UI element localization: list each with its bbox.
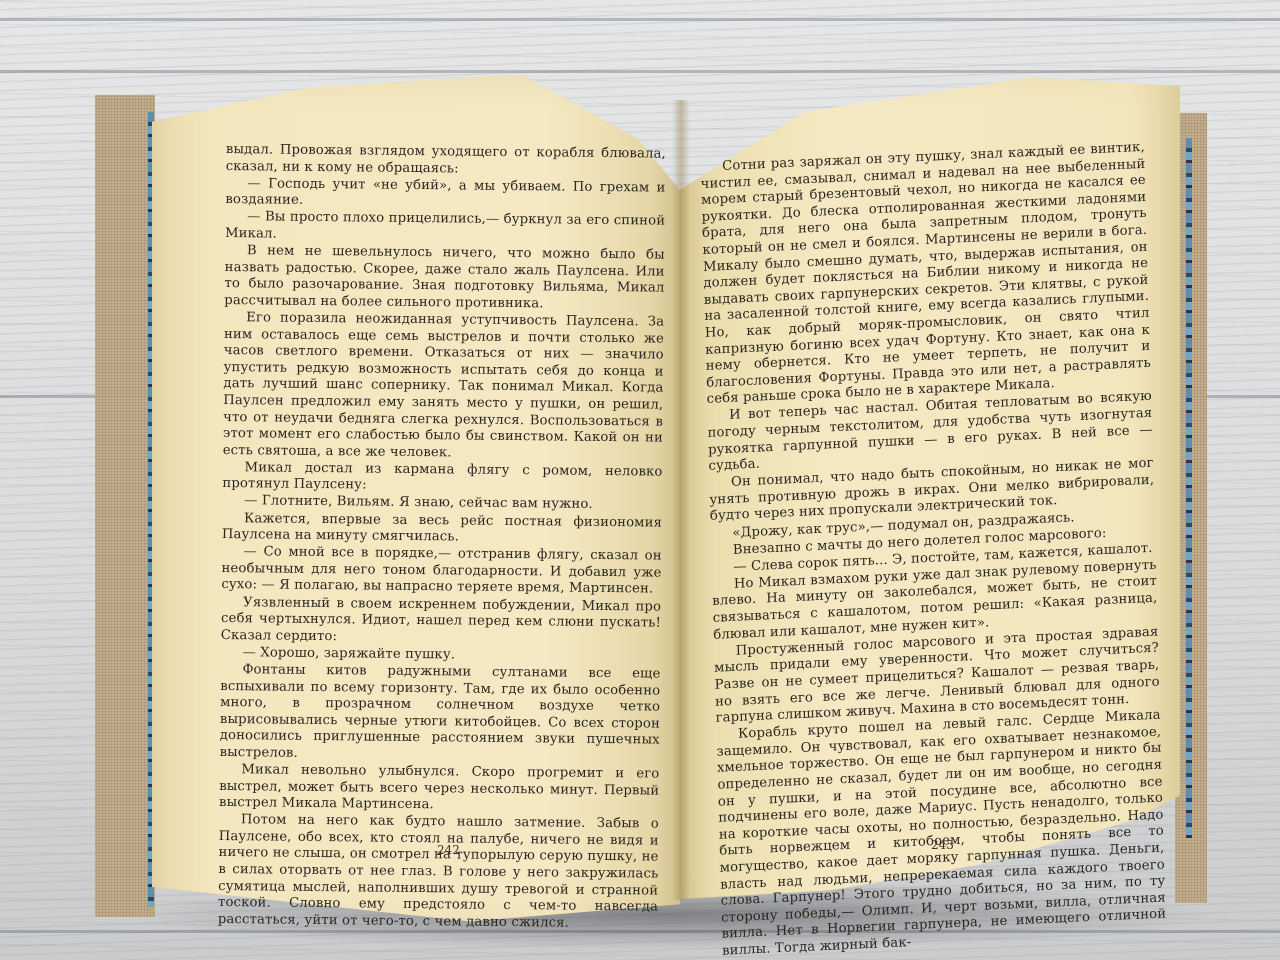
page-edge-right xyxy=(1186,138,1192,838)
paragraph: Фонтаны китов радужными султанами все ещ… xyxy=(220,662,661,766)
paragraph: Потом на него как будто нашло затмение. … xyxy=(218,812,659,933)
paragraph: — Со мной все в порядке,— отстранив фляг… xyxy=(221,544,661,598)
paragraph: — Господь учит «не убий», а мы убиваем. … xyxy=(225,176,665,214)
book-cover-left xyxy=(95,95,155,917)
paragraph: Сотни раз заряжал он эту пушку, знал каж… xyxy=(700,140,1152,409)
paragraph: Кажется, впервые за весь рейс постная фи… xyxy=(222,511,662,549)
page-number-right: 243 xyxy=(931,838,954,852)
paragraph: Микал достал из кармана флягу с ромом, н… xyxy=(222,460,662,498)
paragraph: Микал невольно улыбнулся. Скоро прогреми… xyxy=(219,762,659,816)
book-gutter xyxy=(672,100,690,900)
paragraph: Его поразила неожиданная уступчивость Па… xyxy=(223,310,665,464)
floor-board-seam xyxy=(0,18,1280,21)
floor-board-seam xyxy=(0,70,1280,73)
left-page-text: выдал. Провожая взглядом уходящего от ко… xyxy=(218,142,666,933)
paragraph: Корабль круто пошел на левый галс. Сердц… xyxy=(716,708,1167,960)
paragraph: Уязвленный в своем искреннем побуждении,… xyxy=(221,595,661,649)
paragraph: выдал. Провожая взглядом уходящего от ко… xyxy=(226,142,666,180)
page-number-left: 242 xyxy=(437,843,460,857)
right-page-text: Сотни раз заряжал он эту пушку, знал каж… xyxy=(700,140,1167,960)
paragraph: — Вы просто плохо прицелились,— буркнул … xyxy=(225,209,665,247)
paragraph: В нем не шевельнулось ничего, что можно … xyxy=(224,243,665,314)
